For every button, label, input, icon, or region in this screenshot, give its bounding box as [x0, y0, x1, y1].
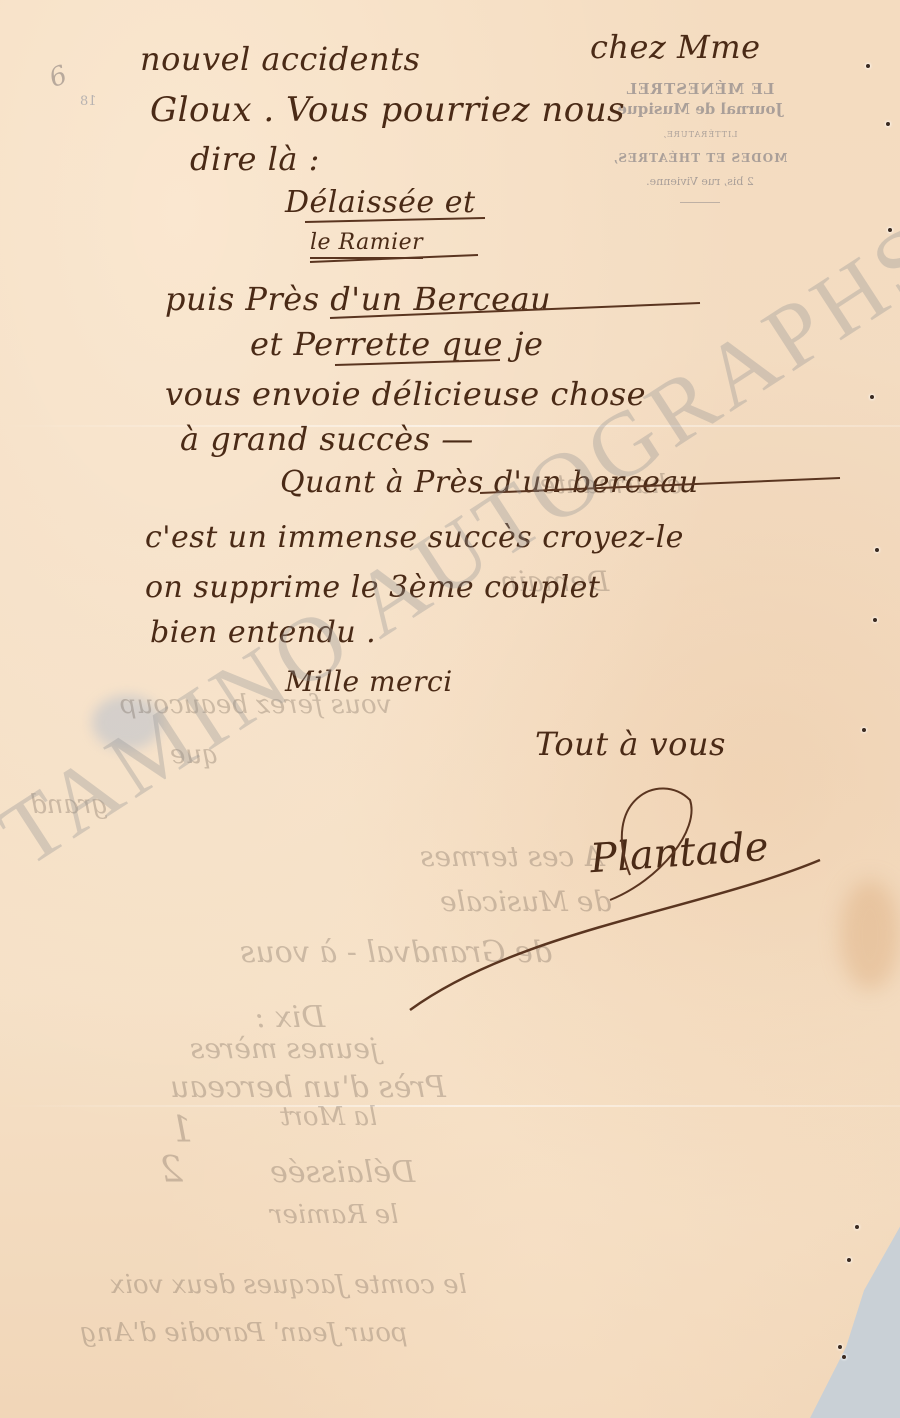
- letter-line: c'est un immense succès croyez-le: [145, 520, 684, 555]
- bleed-text: Près d'un berceau: [170, 1070, 446, 1105]
- bleed-text: jeunes mères: [190, 1032, 379, 1065]
- bleed-text: 2: [160, 1150, 183, 1191]
- closing-line: Mille merci: [285, 665, 453, 698]
- bleed-text: Délaissée: [270, 1155, 415, 1190]
- letter-line: Gloux . Vous pourriez nous: [150, 90, 625, 130]
- bleed-text: 1: [170, 1110, 193, 1151]
- letterhead-title: LE MÉNESTREL: [600, 80, 800, 98]
- bleed-text: Dix :: [255, 1000, 325, 1035]
- letterhead-line: LITTÉRATURE,: [600, 130, 800, 139]
- closing-line: Tout à vous: [535, 725, 726, 763]
- song-title: le Ramier: [310, 230, 423, 259]
- bleed-text: de Grandval - à vous: [240, 935, 552, 970]
- letter-line: on supprime le 3ème couplet: [145, 570, 600, 605]
- bleed-text: que: [170, 740, 219, 770]
- letter-line: puis Près d'un Berceau: [165, 280, 551, 318]
- folio-number: 18: [80, 94, 97, 109]
- letter-line: dire là :: [190, 140, 320, 178]
- bleed-text: pour Jean' Parodie d'Ang: [80, 1318, 408, 1348]
- bleed-text: la Mort: [280, 1102, 377, 1132]
- bleed-text: A ces termes: [420, 840, 603, 873]
- mirrored-letterhead: LE MÉNESTREL Journal de Musique LITTÉRAT…: [600, 80, 800, 203]
- letter-line: Quant à Près d'un berceau: [280, 465, 699, 500]
- letter-line: bien entendu .: [150, 615, 376, 650]
- letter-line: à grand succès —: [180, 420, 474, 458]
- letterhead-rule: [680, 202, 720, 203]
- bleed-text: de Musicale: [440, 885, 611, 918]
- paper-stain: [840, 880, 900, 990]
- bleed-text: grand: [30, 790, 108, 820]
- letterhead-address: 2 bis, rue Vivienne.: [600, 175, 800, 188]
- letterhead-line: MODES ET THÉATRES,: [600, 151, 800, 165]
- letter-line: Délaissée et: [285, 185, 476, 220]
- bleed-text: le comte Jacques deux voix: [110, 1270, 467, 1300]
- letter-line: vous envoie délicieuse chose: [165, 375, 646, 413]
- letterhead-subtitle: Journal de Musique: [600, 100, 800, 118]
- letter-line: et Perrette que je: [250, 325, 543, 363]
- letter-line: chez Mme: [590, 28, 761, 66]
- letter-line: nouvel accidents: [140, 40, 420, 78]
- bleed-text: le Ramier: [270, 1200, 398, 1230]
- fold-line: [0, 1105, 900, 1107]
